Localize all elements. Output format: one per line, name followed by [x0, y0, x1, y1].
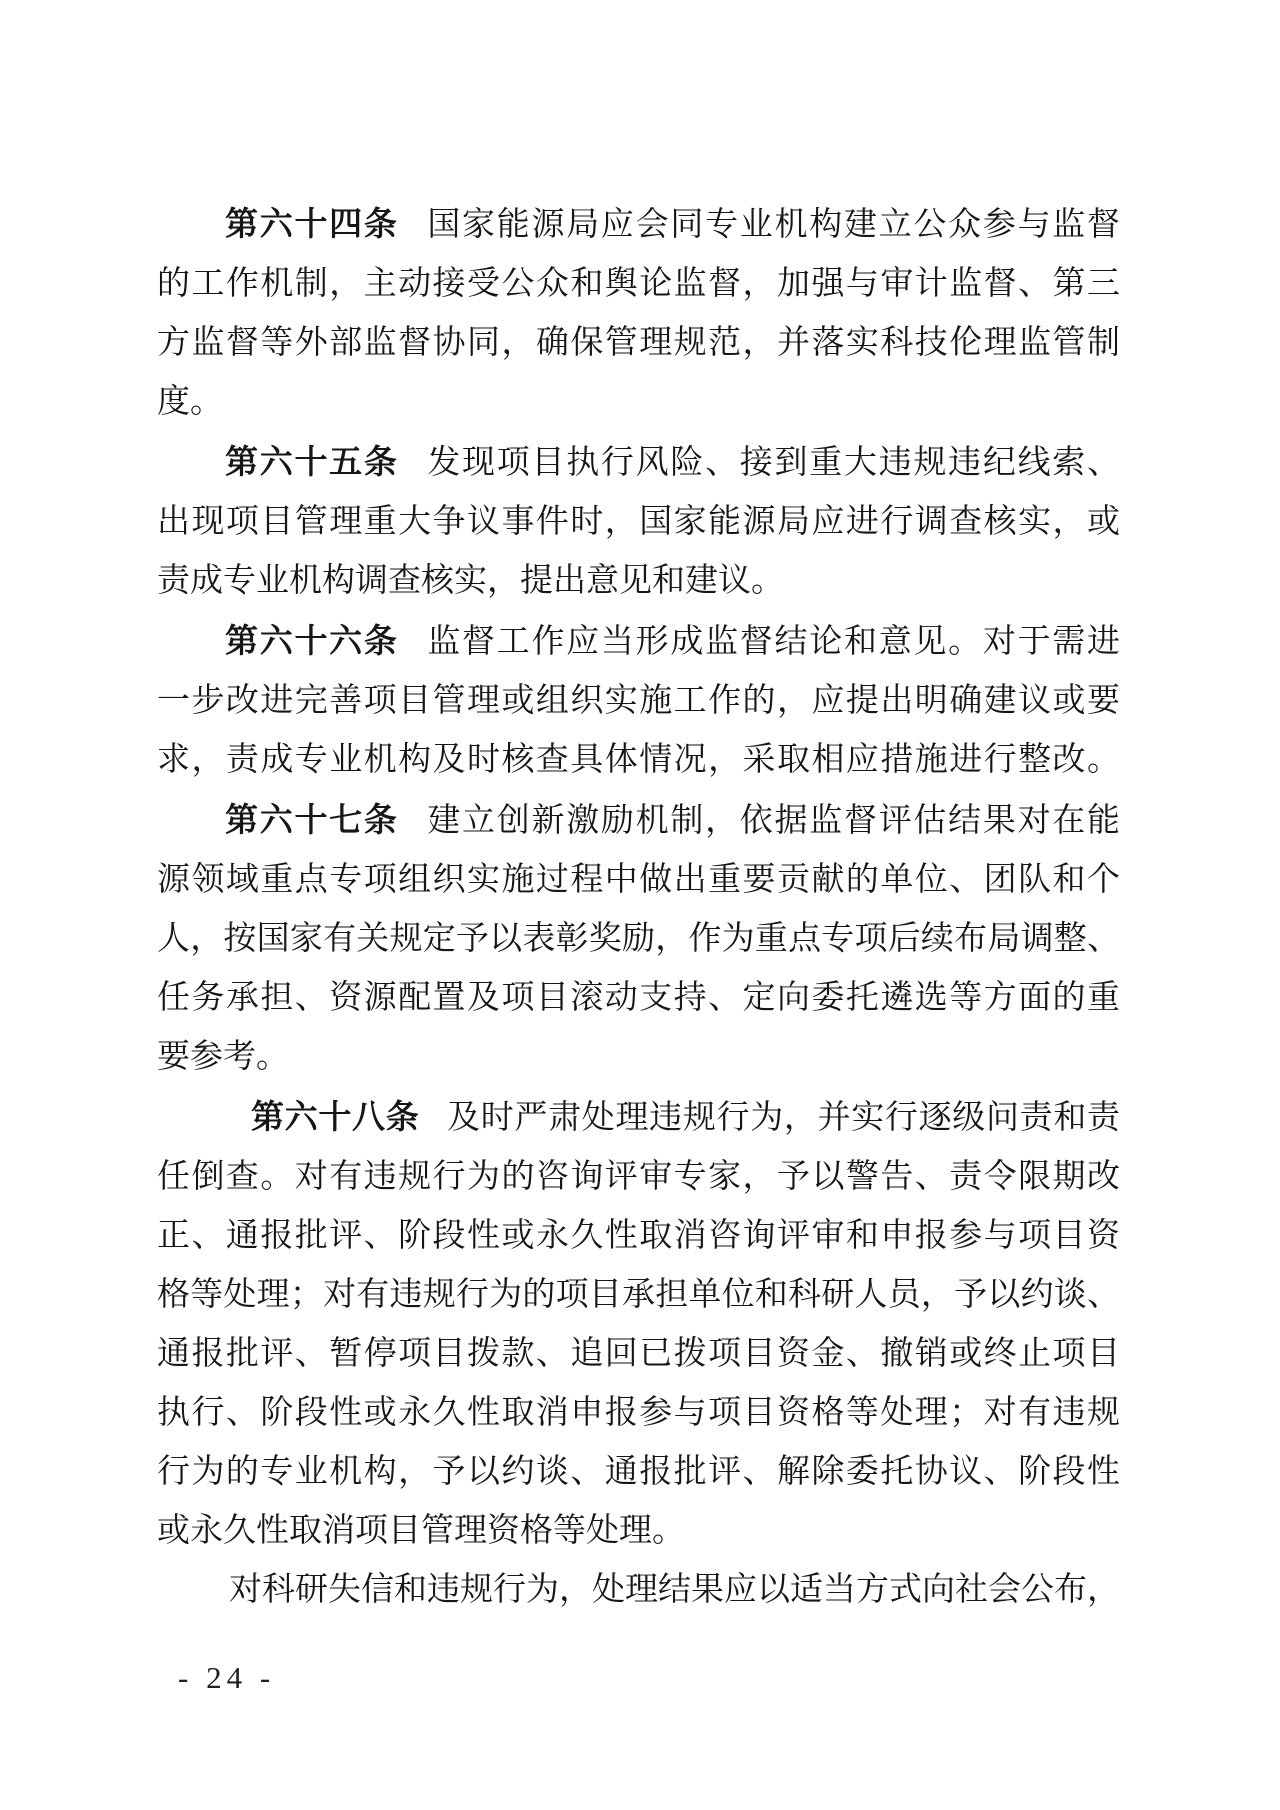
- line-text: 通报批评、暂停项目拨款、追回已拨项目资金、撤销或终止项目: [157, 1336, 1120, 1372]
- text-line: 责成专业机构调查核实，提出意见和建议。: [157, 552, 1120, 611]
- line-text: 或永久性取消项目管理资格等处理。: [157, 1513, 685, 1549]
- text-line: 格等处理；对有违规行为的项目承担单位和科研人员，予以约谈、: [157, 1266, 1120, 1325]
- text-line: 要参考。: [157, 1028, 1120, 1087]
- line-text: 监督工作应当形成监督结论和意见。对于需进: [426, 624, 1120, 660]
- page-footer: - 24 -: [178, 1658, 275, 1698]
- line-text: 人，按国家有关规定予以表彰奖励，作为重点专项后续布局调整、: [157, 921, 1120, 957]
- article-number: 第六十六条: [225, 622, 399, 659]
- text-line: 对科研失信和违规行为，处理结果应以适当方式向社会公布，: [157, 1561, 1120, 1620]
- line-text: 源领域重点专项组织实施过程中做出重要贡献的单位、团队和个: [157, 862, 1120, 898]
- line-text: 度。: [157, 384, 223, 420]
- document-page: 第六十四条国家能源局应会同专业机构建立公众参与监督的工作机制，主动接受公众和舆论…: [0, 0, 1280, 1810]
- text-line: 正、通报批评、阶段性或永久性取消咨询评审和申报参与项目资: [157, 1207, 1120, 1266]
- text-line: 行为的专业机构，予以约谈、通报批评、解除委托协议、阶段性: [157, 1443, 1120, 1502]
- text-line: 一步改进完善项目管理或组织实施工作的，应提出明确建议或要: [157, 672, 1120, 731]
- line-text: 国家能源局应会同专业机构建立公众参与监督: [426, 207, 1120, 243]
- line-text: 责成专业机构调查核实，提出意见和建议。: [157, 563, 784, 599]
- line-text: 一步改进完善项目管理或组织实施工作的，应提出明确建议或要: [157, 683, 1120, 719]
- text-line: 人，按国家有关规定予以表彰奖励，作为重点专项后续布局调整、: [157, 910, 1120, 969]
- text-line: 执行、阶段性或永久性取消申报参与项目资格等处理；对有违规: [157, 1384, 1120, 1443]
- line-text: 求，责成专业机构及时核查具体情况，采取相应措施进行整改。: [157, 742, 1120, 778]
- text-line: 第六十八条及时严肃处理违规行为，并实行逐级问责和责: [157, 1087, 1120, 1148]
- text-line: 第六十五条发现项目执行风险、接到重大违规违纪线索、: [157, 432, 1120, 493]
- line-text: 出现项目管理重大争议事件时，国家能源局应进行调查核实，或: [157, 504, 1120, 540]
- line-text: 的工作机制，主动接受公众和舆论监督，加强与审计监督、第三: [157, 266, 1120, 302]
- text-line: 或永久性取消项目管理资格等处理。: [157, 1502, 1120, 1561]
- text-line: 方监督等外部监督协同，确保管理规范，并落实科技伦理监管制: [157, 314, 1120, 373]
- line-text: 格等处理；对有违规行为的项目承担单位和科研人员，予以约谈、: [157, 1277, 1120, 1313]
- text-line: 第六十六条监督工作应当形成监督结论和意见。对于需进: [157, 611, 1120, 672]
- article-number: 第六十五条: [225, 443, 399, 480]
- line-text: 执行、阶段性或永久性取消申报参与项目资格等处理；对有违规: [157, 1395, 1120, 1431]
- line-text: 发现项目执行风险、接到重大违规违纪线索、: [426, 445, 1120, 481]
- line-text: 要参考。: [157, 1039, 289, 1075]
- line-text: 对科研失信和违规行为，处理结果应以适当方式向社会公布，: [229, 1572, 1120, 1608]
- text-line: 度。: [157, 373, 1120, 432]
- page-number: - 24 -: [178, 1660, 275, 1695]
- text-line: 求，责成专业机构及时核查具体情况，采取相应措施进行整改。: [157, 731, 1120, 790]
- text-line: 任倒查。对有违规行为的咨询评审专家，予以警告、责令限期改: [157, 1148, 1120, 1207]
- text-line: 的工作机制，主动接受公众和舆论监督，加强与审计监督、第三: [157, 255, 1120, 314]
- document-body: 第六十四条国家能源局应会同专业机构建立公众参与监督的工作机制，主动接受公众和舆论…: [157, 194, 1120, 1620]
- text-line: 源领域重点专项组织实施过程中做出重要贡献的单位、团队和个: [157, 851, 1120, 910]
- line-text: 任倒查。对有违规行为的咨询评审专家，予以警告、责令限期改: [157, 1159, 1120, 1195]
- text-line: 第六十四条国家能源局应会同专业机构建立公众参与监督: [157, 194, 1120, 255]
- line-text: 及时严肃处理违规行为，并实行逐级问责和责: [446, 1100, 1120, 1136]
- text-line: 任务承担、资源配置及项目滚动支持、定向委托遴选等方面的重: [157, 969, 1120, 1028]
- text-line: 出现项目管理重大争议事件时，国家能源局应进行调查核实，或: [157, 493, 1120, 552]
- article-number: 第六十八条: [251, 1098, 419, 1135]
- article-number: 第六十七条: [225, 801, 399, 838]
- line-text: 建立创新激励机制，依据监督评估结果对在能: [426, 803, 1120, 839]
- text-line: 通报批评、暂停项目拨款、追回已拨项目资金、撤销或终止项目: [157, 1325, 1120, 1384]
- article-number: 第六十四条: [225, 205, 399, 242]
- text-line: 第六十七条建立创新激励机制，依据监督评估结果对在能: [157, 790, 1120, 851]
- line-text: 任务承担、资源配置及项目滚动支持、定向委托遴选等方面的重: [157, 980, 1120, 1016]
- line-text: 方监督等外部监督协同，确保管理规范，并落实科技伦理监管制: [157, 325, 1120, 361]
- line-text: 正、通报批评、阶段性或永久性取消咨询评审和申报参与项目资: [157, 1218, 1120, 1254]
- line-text: 行为的专业机构，予以约谈、通报批评、解除委托协议、阶段性: [157, 1454, 1120, 1490]
